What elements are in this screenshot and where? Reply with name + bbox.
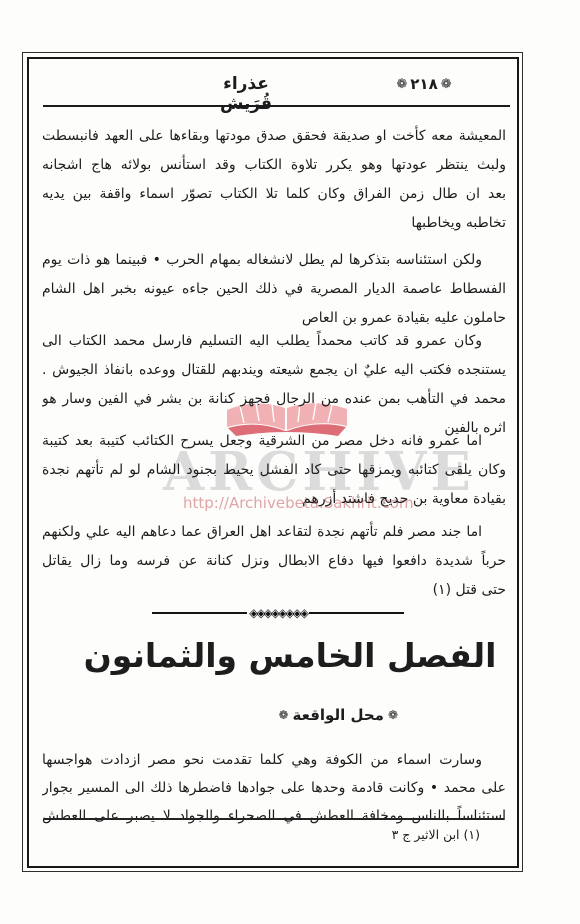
body-paragraph-3: وكان عمرو قد كاتب محمداً يطلب اليه التسل…	[42, 327, 506, 443]
text-line: تخاطبه ويخاطبها	[42, 209, 506, 238]
page-number: ٢١٨	[410, 75, 437, 93]
page-header: عذراء قُرَيش ❁٢١٨❁	[0, 70, 580, 102]
text-line: وكان عمرو قد كاتب محمداً يطلب اليه التسل…	[42, 327, 506, 356]
text-line: حرباً شديدة دافعوا فيها دفاع الابطال ونز…	[42, 547, 506, 576]
chapter-subtitle-block: ❁محل الواقعة❁	[278, 706, 402, 724]
section-separator: ◈◈◈◈◈◈◈◈	[152, 604, 404, 622]
body-paragraph-1: المعيشة معه كأخت او صديقة فحقق صدق مودته…	[42, 122, 506, 238]
rosette-icon-left: ❁	[393, 77, 410, 92]
scanned-book-page: ARCHIVE http://Archivebeta.Sakhrit.com ع…	[0, 0, 580, 924]
text-line: وسارت اسماء من الكوفة وهي كلما تقدمت نحو…	[42, 746, 506, 774]
body-paragraph-5: اما جند مصر فلم تأتهم نجدة لتقاعد اهل ال…	[42, 518, 506, 605]
body-paragraph-4: اما عمرو فانه دخل مصر من الشرقية وجعل يس…	[42, 427, 506, 514]
rosette-icon-left: ❁	[274, 708, 292, 722]
text-line: يستنجده فكتب اليه عليٌ ان يجمع شيعته وين…	[42, 356, 506, 385]
braid-ornament-icon: ◈◈◈◈◈◈◈◈	[247, 607, 309, 619]
text-line: المعيشة معه كأخت او صديقة فحقق صدق مودته…	[42, 122, 506, 151]
separator-line	[152, 612, 247, 614]
footnote-reference: (١) ابن الاثير ج ٣	[370, 827, 480, 842]
text-line: ولبث ينتظر عودتها وهو يكرر تلاوة الكتاب …	[42, 151, 506, 180]
rosette-icon-right: ❁	[384, 708, 402, 722]
body-paragraph-2: ولكن استئناسه بتذكرها لم يطل لانشغاله بم…	[42, 246, 506, 333]
text-line: استئناساً بالناس ومخافة العطش في الصحراء…	[42, 802, 506, 830]
text-line: بقيادة معاوية بن حديج فاشتد أزرهم	[42, 485, 506, 514]
book-title: عذراء قُرَيش	[198, 74, 294, 114]
text-line: محمد في التأهب بمن عنده من الرجال فجهز ك…	[42, 385, 506, 414]
text-line: الفسطاط عاصمة الديار المصرية في ذلك الحي…	[42, 275, 506, 304]
text-line: ولكن استئناسه بتذكرها لم يطل لانشغاله بم…	[42, 246, 506, 275]
text-line: حتى قتل (١)	[42, 576, 506, 605]
chapter-heading: الفصل الخامس والثمانون	[30, 632, 550, 680]
text-line: وكان يلقى كتائبه ويمزقها حتى كاد الفشل ي…	[42, 456, 506, 485]
text-line: اما جند مصر فلم تأتهم نجدة لتقاعد اهل ال…	[42, 518, 506, 547]
page-number-block: ❁٢١٨❁	[382, 75, 466, 93]
header-divider	[43, 105, 510, 107]
footnote-divider	[44, 818, 504, 820]
rosette-icon-right: ❁	[438, 77, 455, 92]
separator-line	[309, 612, 404, 614]
chapter-subtitle: محل الواقعة	[293, 706, 384, 724]
text-line: اما عمرو فانه دخل مصر من الشرقية وجعل يس…	[42, 427, 506, 456]
text-line: على محمد • وكانت قادمة وحدها على جوادها …	[42, 774, 506, 802]
text-line: بعد ان طال زمن الفراق وكان كلما تلا الكت…	[42, 180, 506, 209]
